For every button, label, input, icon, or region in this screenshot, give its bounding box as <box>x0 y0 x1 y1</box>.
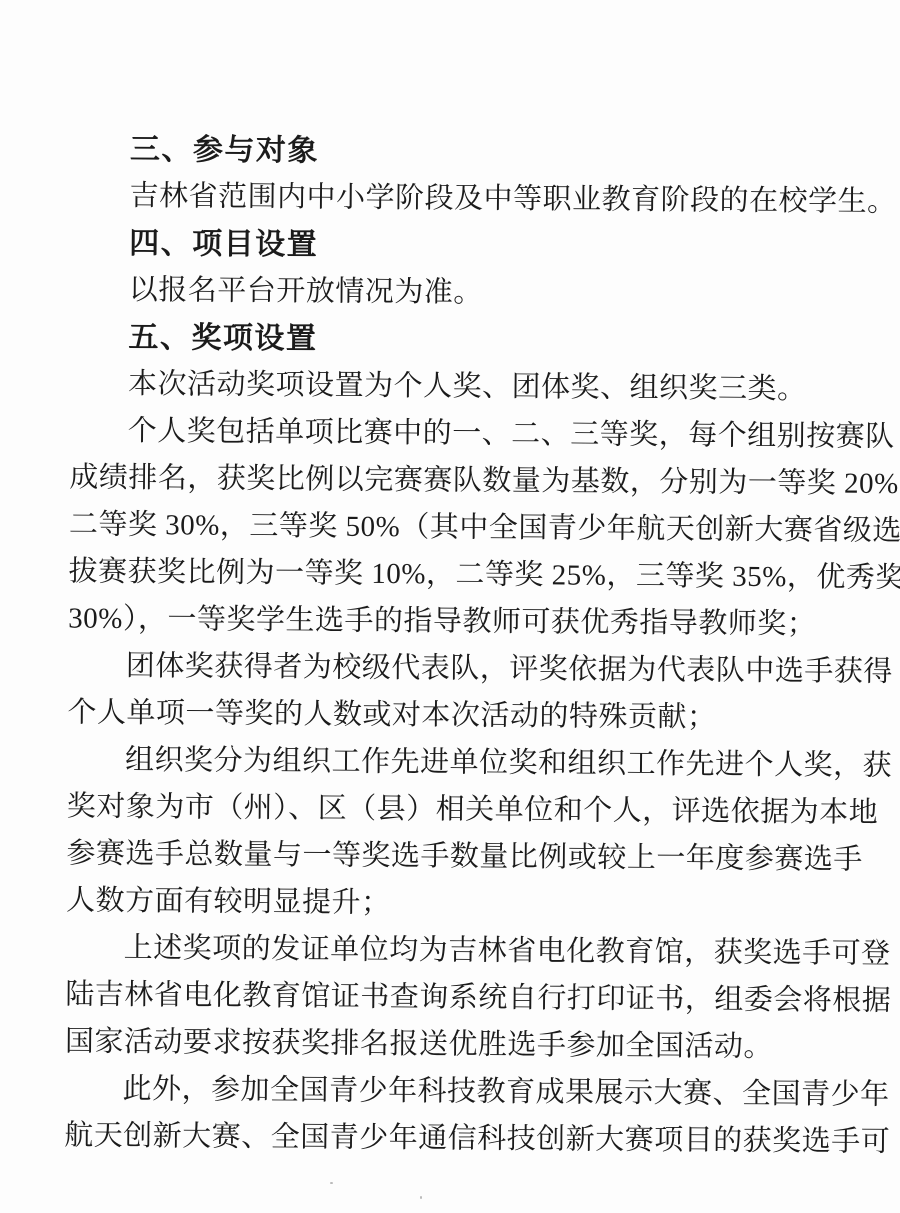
section-heading-participants: 三、参与对象 <box>72 126 900 180</box>
para-individual-awards-line1: 个人奖包括单项比赛中的一、二、三等奖，每个组别按赛队 <box>70 408 900 462</box>
para-individual-awards-line3: 二等奖 30%，三等奖 50%（其中全国青少年航天创新大赛省级选 <box>69 502 900 556</box>
document-text-block: 三、参与对象 吉林省范围内中小学阶段及中等职业教育阶段的在校学生。 四、项目设置… <box>0 0 900 1166</box>
para-certificates-line2: 陆吉林省电化教育馆证书查询系统自行打印证书，组委会将根据 <box>65 972 900 1026</box>
scan-noise-speck <box>330 1182 333 1184</box>
para-individual-awards-line2: 成绩排名，获奖比例以完赛赛队数量为基数，分别为一等奖 20%， <box>69 455 900 509</box>
para-team-awards-line2: 个人单项一等奖的人数或对本次活动的特殊贡献； <box>67 690 900 744</box>
para-org-awards-line2: 奖对象为市（州）、区（县）相关单位和个人，评选依据为本地 <box>67 784 900 838</box>
para-individual-awards-line4: 拔赛获奖比例为一等奖 10%，二等奖 25%，三等奖 35%，优秀奖 <box>68 549 900 603</box>
para-org-awards-line3: 参赛选手总数量与一等奖选手数量比例或较上一年度参赛选手 <box>66 831 900 885</box>
para-certificates-line1: 上述奖项的发证单位均为吉林省电化教育馆，获奖选手可登 <box>65 925 900 979</box>
para-national-events-line2: 航天创新大赛、全国青少年通信科技创新大赛项目的获奖选手可 <box>64 1113 900 1167</box>
section-heading-projects: 四、项目设置 <box>71 220 900 274</box>
para-certificates-line3: 国家活动要求按获奖排名报送优胜选手参加全国活动。 <box>65 1019 900 1073</box>
scan-noise-speck <box>877 440 879 442</box>
para-org-awards-line4: 人数方面有较明显提升； <box>66 878 900 932</box>
para-projects: 以报名平台开放情况为准。 <box>71 267 900 321</box>
scan-noise-speck <box>420 1196 422 1199</box>
scanned-document-page: 三、参与对象 吉林省范围内中小学阶段及中等职业教育阶段的在校学生。 四、项目设置… <box>0 0 900 1213</box>
para-individual-awards-line5: 30%），一等奖学生选手的指导教师可获优秀指导教师奖； <box>68 596 900 650</box>
para-participants: 吉林省范围内中小学阶段及中等职业教育阶段的在校学生。 <box>71 173 900 227</box>
section-heading-awards: 五、奖项设置 <box>70 314 900 368</box>
para-org-awards-line1: 组织奖分为组织工作先进单位奖和组织工作先进个人奖，获 <box>67 737 900 791</box>
para-team-awards-line1: 团体奖获得者为校级代表队，评奖依据为代表队中选手获得 <box>68 643 900 697</box>
para-national-events-line1: 此外，参加全国青少年科技教育成果展示大赛、全国青少年 <box>64 1066 900 1120</box>
para-awards-overview: 本次活动奖项设置为个人奖、团体奖、组织奖三类。 <box>70 361 900 415</box>
